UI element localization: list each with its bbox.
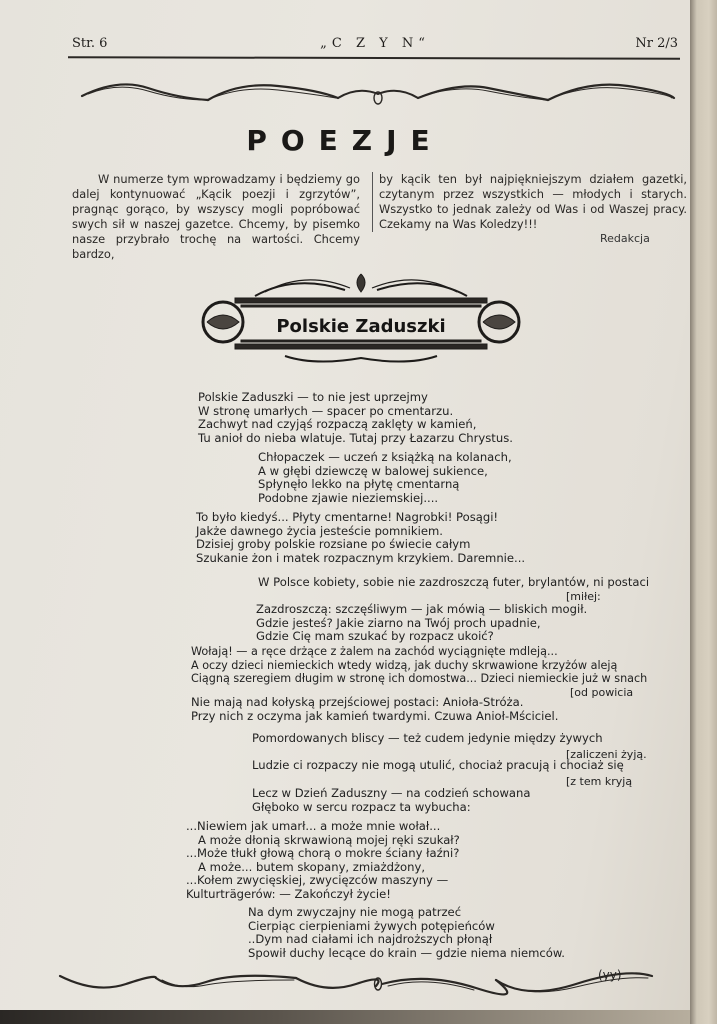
stanza-8: ...Niewiem jak umarł... a może mnie woła… <box>186 820 460 902</box>
intro-column-1: W numerze tym wprowadzamy i będziemy go … <box>72 172 360 262</box>
poem-line: W stronę umarłych — spacer po cmentarzu. <box>198 405 513 419</box>
poem-line: Wołają! — a ręce drżące z żalem na zachó… <box>191 645 647 659</box>
poem-line: Polskie Zaduszki — to nie jest uprzejmy <box>198 391 513 405</box>
poem-line: W Polsce kobiety, sobie nie zazdroszczą … <box>258 576 649 590</box>
poem-line: A może dłonią skrwawioną mojej ręki szuk… <box>186 834 460 848</box>
poem-line: Zazdroszczą: szczęśliwym — jak mówią — b… <box>256 603 587 617</box>
stanza-7-line-1: Pomordowanych bliscy — też cudem jedynie… <box>252 732 603 746</box>
intro-column-2: by kącik ten był najpiękniejszym działem… <box>372 172 687 232</box>
stanza-7: Lecz w Dzień Zaduszny — na codzień schow… <box>252 787 531 814</box>
poem-line: Kulturträgerów: — Zakończył życie! <box>186 888 460 902</box>
editorial-signature: Redakcja <box>600 232 650 245</box>
poem-line: ...Niewiem jak umarł... a może mnie woła… <box>186 820 460 834</box>
poem-line: To było kiedyś... Płyty cmentarne! Nagro… <box>196 511 525 525</box>
poem-line: Tu anioł do nieba wlatuje. Tutaj przy Ła… <box>198 432 513 446</box>
stanza-4: Zazdroszczą: szczęśliwym — jak mówią — b… <box>256 603 587 644</box>
poem-line: Spowił duchy lecące do krain — gdzie nie… <box>248 947 565 961</box>
page-binding-edge <box>690 0 717 1024</box>
poem-line: Nie mają nad kołyską przejściowej postac… <box>191 696 558 710</box>
poem-line: Głęboko w sercu rozpacz ta wybucha: <box>252 801 531 815</box>
poem-line: ..Dym nad ciałami ich najdroższych płoną… <box>248 933 565 947</box>
line-overflow-note: [od powicia <box>570 686 633 699</box>
bottom-flourish-divider <box>56 966 656 1002</box>
stanza-3: To było kiedyś... Płyty cmentarne! Nagro… <box>196 511 525 565</box>
poem-line: Zachwyt nad czyjąś rozpaczą zaklęty w ka… <box>198 418 513 432</box>
poem-line: Pomordowanych bliscy — też cudem jedynie… <box>252 732 603 746</box>
poem-line: A oczy dzieci niemieckich wtedy widzą, j… <box>191 659 647 673</box>
masthead: Str. 6 „C Z Y N“ Nr 2/3 <box>72 36 678 58</box>
poem-line: Dzisiej groby polskie rozsiane po świeci… <box>196 538 525 552</box>
stanza-2: Chłopaczek — uczeń z książką na kolanach… <box>258 451 512 505</box>
poem-line: Na dym zwyczajny nie mogą patrzeć <box>248 906 565 920</box>
poem-line: Gdzie Cię mam szukać by rozpacz ukoić? <box>256 630 587 644</box>
poem-line: A może... butem skopany, zmiażdżony, <box>186 861 460 875</box>
poem-line: ...Może tłukł głową chorą o mokre ściany… <box>186 847 460 861</box>
poem-title: Polskie Zaduszki <box>245 316 477 337</box>
publication-name: „C Z Y N“ <box>72 36 678 51</box>
issue-number: Nr 2/3 <box>635 36 678 51</box>
stanza-1: Polskie Zaduszki — to nie jest uprzejmy … <box>198 391 513 445</box>
top-flourish-divider <box>78 72 678 108</box>
poem-line: Szukanie żon i matek rozpacznym krzykiem… <box>196 552 525 566</box>
poem-line: Chłopaczek — uczeń z książką na kolanach… <box>258 451 512 465</box>
stanza-5: Wołają! — a ręce drżące z żalem na zachó… <box>191 645 647 686</box>
bottom-shadow <box>0 1010 690 1024</box>
poem-line: Ludzie ci rozpaczy nie mogą utulić, choc… <box>252 759 624 773</box>
poem-line: Gdzie jesteś? Jakie ziarno na Twój proch… <box>256 617 587 631</box>
poem-line: Jakże dawnego życia jesteście pomnikiem. <box>196 525 525 539</box>
stanza-7-line-2: Ludzie ci rozpaczy nie mogą utulić, choc… <box>252 759 624 773</box>
poem-line: Lecz w Dzień Zaduszny — na codzień schow… <box>252 787 531 801</box>
stanza-6: Nie mają nad kołyską przejściowej postac… <box>191 696 558 723</box>
stanza-4-line-1: W Polsce kobiety, sobie nie zazdroszczą … <box>258 576 649 590</box>
poem-line: Podobne zjawie nieziemskiej.... <box>258 492 512 506</box>
section-title: POEZJE <box>0 124 690 157</box>
stanza-9: Na dym zwyczajny nie mogą patrzeć Cierpi… <box>248 906 565 960</box>
poem-line: ...Kołem zwycięskiej, zwycięzców maszyny… <box>186 874 460 888</box>
line-overflow-note: [z tem kryją <box>566 775 632 788</box>
poem-line: Ciągną szeregiem długim w stronę ich dom… <box>191 672 647 686</box>
poem-line: Przy nich z oczyma jak kamień twardymi. … <box>191 710 558 724</box>
poem-line: Spłynęło lekko na płytę cmentarną <box>258 478 512 492</box>
poem-line: Cierpiąc cierpieniami żywych potępieńców <box>248 920 565 934</box>
poem-line: A w głębi dziewczę w balowej sukience, <box>258 465 512 479</box>
